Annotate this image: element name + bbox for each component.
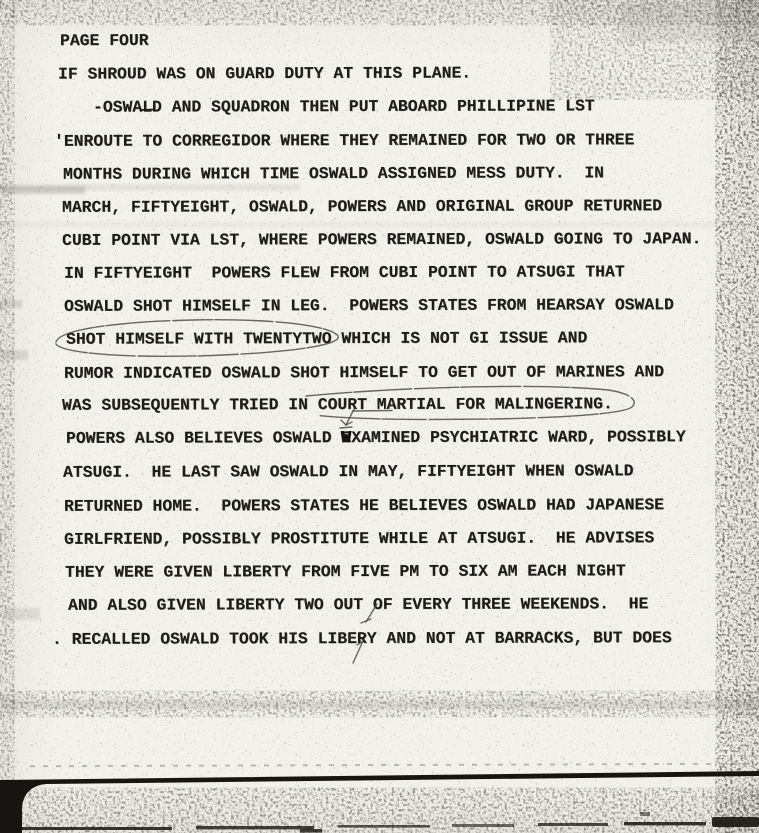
smudge-streak: [620, 2, 759, 42]
typed-line: SHOT HIMSELF WITH TWENTYTWO WHICH IS NOT…: [66, 329, 587, 347]
typed-line: CUBI POINT VIA LST, WHERE POWERS REMAINE…: [62, 230, 701, 249]
bottom-page-edge: [0, 771, 759, 833]
noise-mid-band: [0, 692, 759, 716]
typed-line: MARCH, FIFTYEIGHT, OSWALD, POWERS AND OR…: [62, 197, 662, 216]
typed-line: ATSUGI. HE LAST SAW OSWALD IN MAY, FIFTY…: [63, 462, 634, 480]
smudge-streak: [0, 300, 22, 308]
noise-top-right-corner: [560, 0, 759, 95]
typed-line: POWERS ALSO BELIEVES OSWALD EXAMINED PSY…: [66, 428, 686, 447]
typed-line: GIRLFRIEND, POSSIBLY PROSTITUTE WHILE AT…: [64, 529, 654, 548]
smudge-streak: [2, 608, 40, 620]
typed-line: WAS SUBSEQUENTLY TRIED IN COURT MARTIAL …: [62, 395, 613, 413]
typed-line: . RECALLED OSWALD TOOK HIS LIBERY AND NO…: [52, 629, 672, 648]
smudge-streak: [0, 186, 85, 194]
typed-line: 'ENROUTE TO CORREGIDOR WHERE THEY REMAIN…: [54, 131, 634, 150]
typed-line: RUMOR INDICATED OSWALD SHOT HIMSELF TO G…: [64, 363, 664, 382]
noise-overlay: [0, 0, 759, 833]
smudge-streak: [0, 350, 28, 360]
typed-line: THEY WERE GIVEN LIBERTY FROM FIVE PM TO …: [65, 562, 626, 580]
scanned-document-screenshot: { "colors": { "paper": "#f3f1ec", "ink":…: [0, 0, 759, 833]
noise-left-strip: [0, 0, 14, 833]
typed-line: AND ALSO GIVEN LIBERTY TWO OUT OF EVERY …: [68, 595, 648, 614]
noise-bottom-band: [0, 790, 759, 833]
smudge-dotted-line: [30, 763, 750, 768]
annotation-overlay: [0, 0, 759, 833]
noise-right-strip: [718, 0, 759, 833]
overstrike-character: W: [341, 429, 351, 446]
typed-line: IF SHROUD WAS ON GUARD DUTY AT THIS PLAN…: [58, 64, 471, 82]
smudge-streak: [0, 184, 300, 191]
typed-line: RETURNED HOME. POWERS STATES HE BELIEVES…: [64, 496, 664, 515]
typed-line: OSWALD SHOT HIMSELF IN LEG. POWERS STATE…: [64, 296, 674, 315]
typed-line: -OSWALD AND SQUADRON THEN PUT ABOARD PHI…: [93, 97, 595, 115]
typed-line: PAGE FOUR: [60, 32, 149, 49]
typed-line: MONTHS DURING WHICH TIME OSWALD ASSIGNED…: [63, 164, 604, 182]
smudge-streak: [0, 222, 759, 227]
document-page: PAGE FOUR IF SHROUD WAS ON GUARD DUTY AT…: [0, 0, 759, 833]
smudge-streak: [0, 700, 759, 709]
bottom-broken-band: [22, 812, 759, 833]
typed-line: IN FIFTYEIGHT POWERS FLEW FROM CUBI POIN…: [64, 263, 625, 281]
noise-top-strip: [0, 0, 759, 24]
